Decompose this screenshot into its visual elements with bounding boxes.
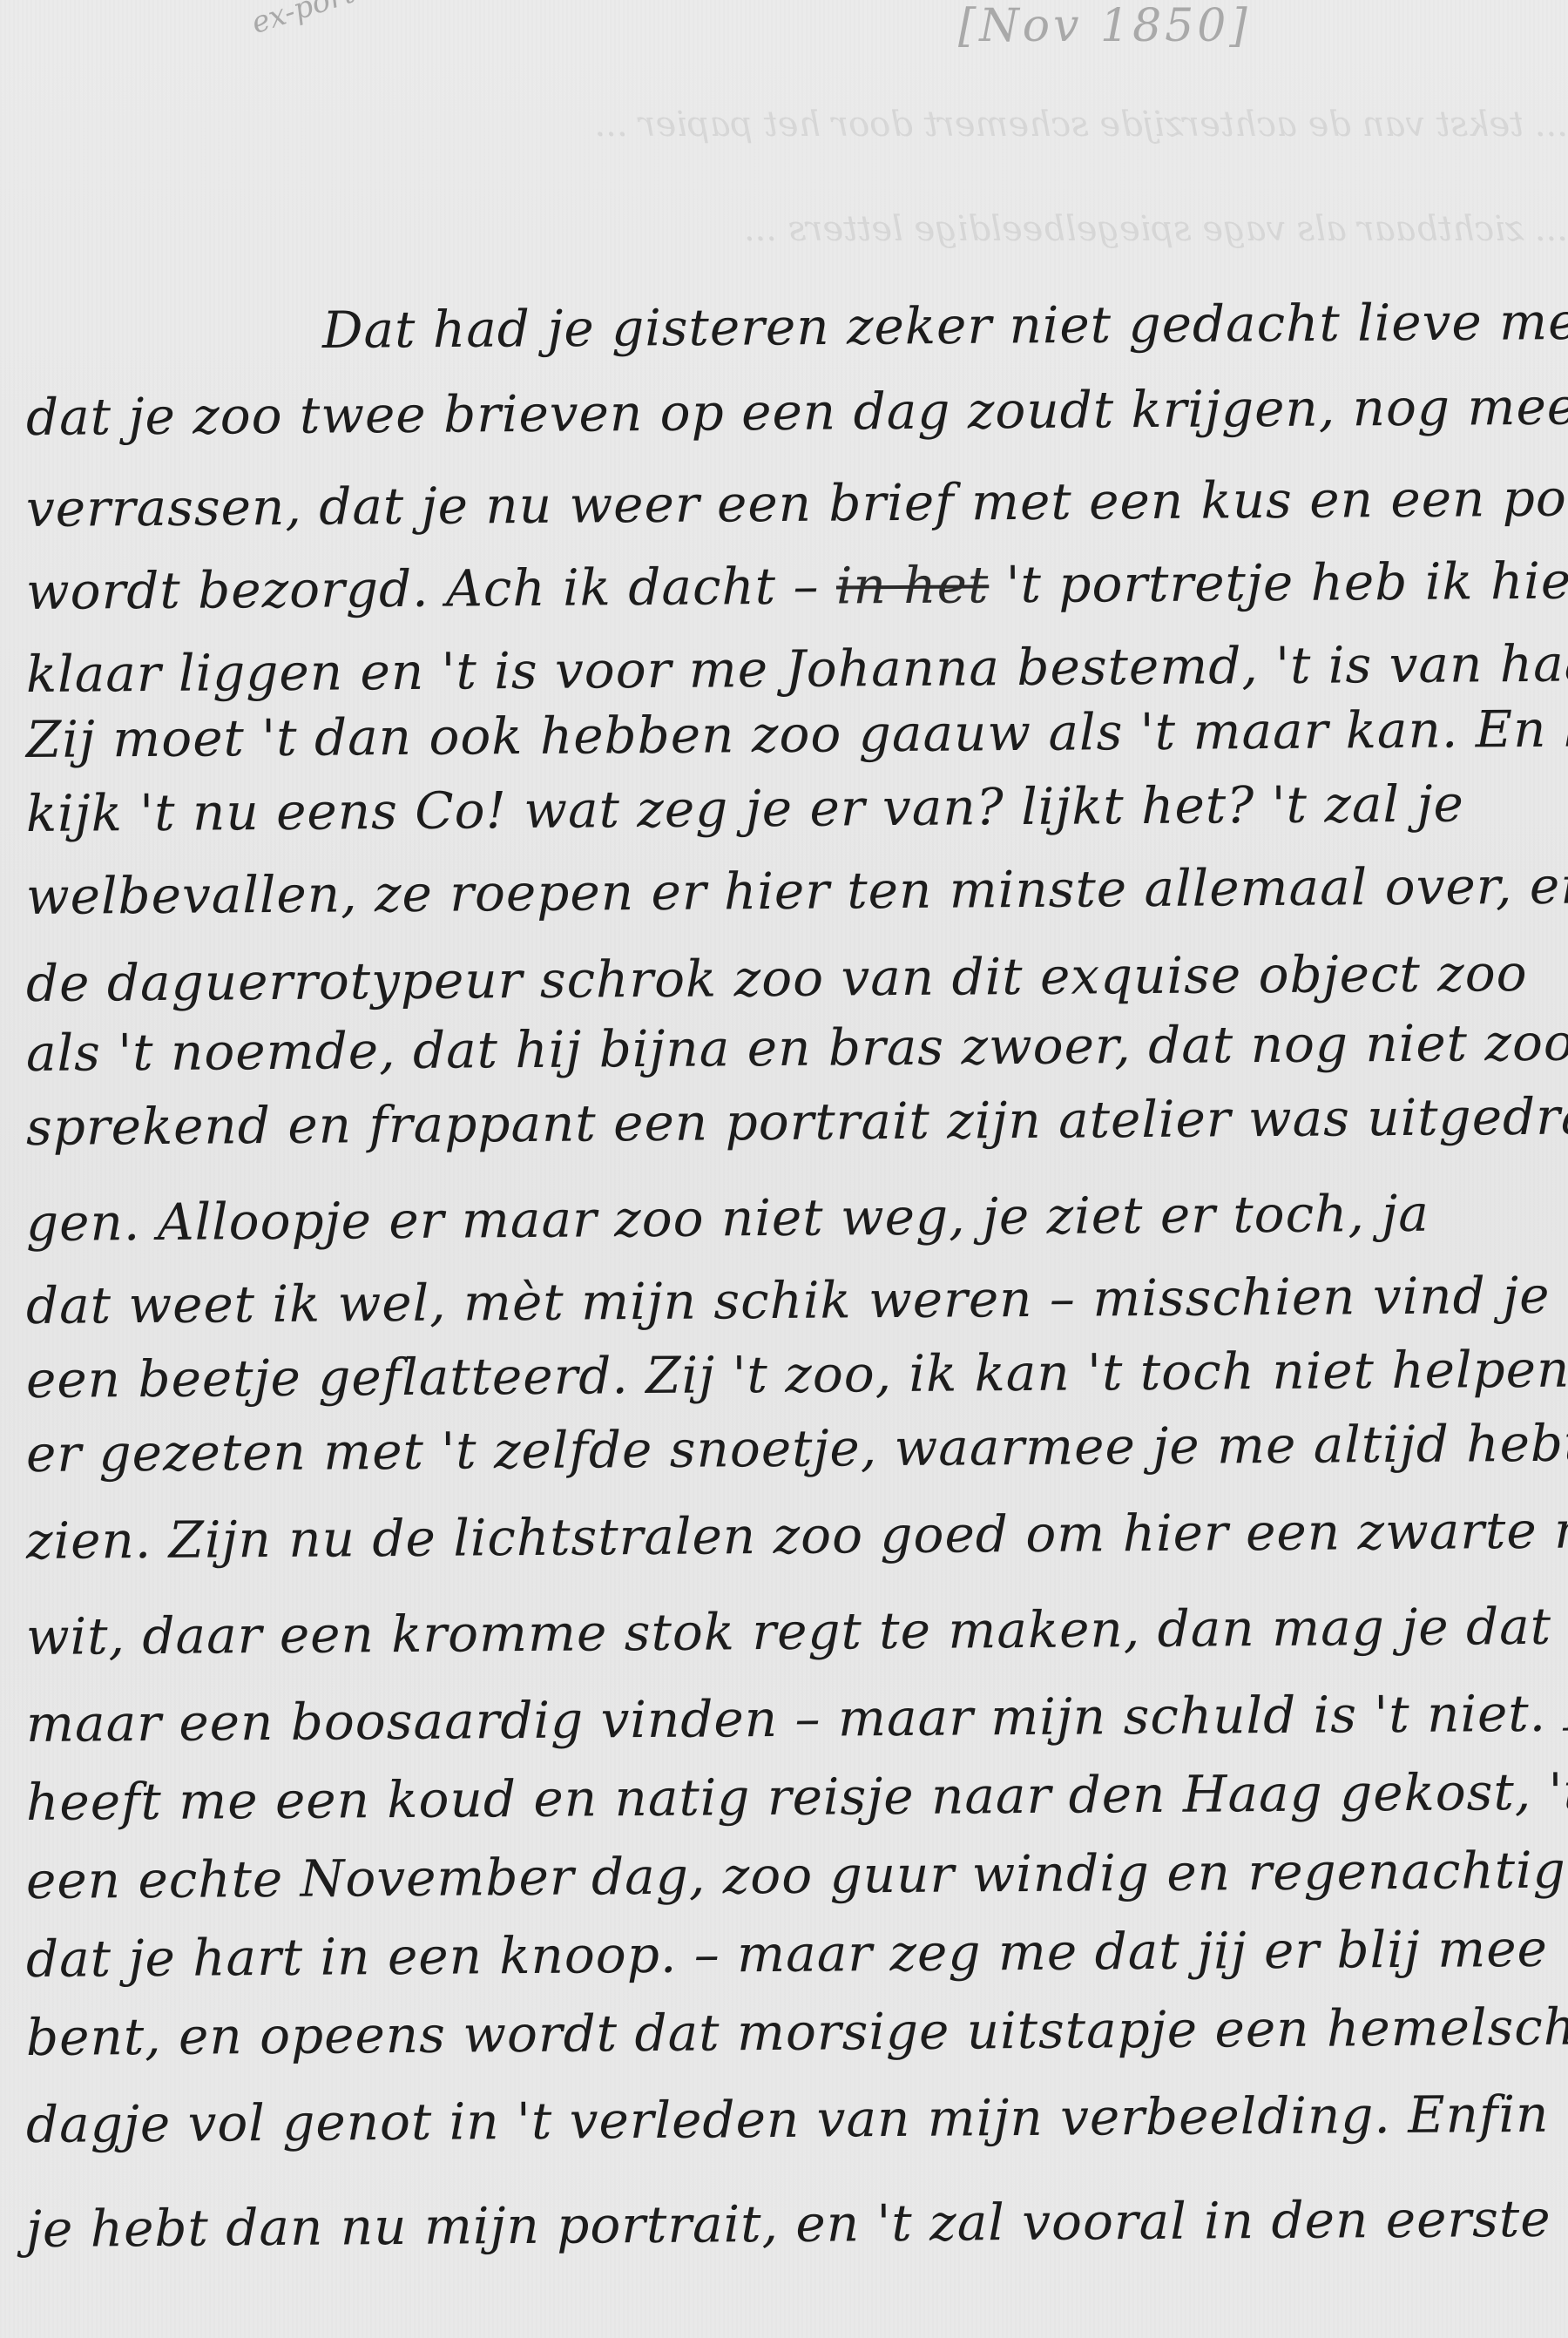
letter-line: maar een boosaardig vinden – maar mijn s…: [26, 1688, 1551, 1749]
letter-line: dat weet ik wel, mèt mijn schik weren – …: [26, 1270, 1551, 1331]
bleed-through-text: ... zichtbaar als vage spiegelbeeldige l…: [0, 209, 1568, 249]
line-text: 't portretje heb ik hier nu toch: [989, 550, 1568, 615]
manuscript-page: ex-portret [Nov 1850] ... tekst van de a…: [0, 0, 1568, 2338]
letter-line: welbevallen, ze roepen er hier ten minst…: [26, 861, 1551, 922]
bleed-through-text: ... tekst van de achterzijde schemert do…: [0, 105, 1568, 145]
letter-line: je hebt dan nu mijn portrait, en 't zal …: [26, 2193, 1551, 2254]
letter-line: kijk 't nu eens Co! wat zeg je er van? l…: [26, 778, 1551, 839]
letter-line: sprekend en frappant een portrait zijn a…: [26, 1091, 1551, 1152]
letter-line: gen. Alloopje er maar zoo niet weg, je z…: [26, 1187, 1551, 1248]
letter-line: als 't noemde, dat hij bijna en bras zwo…: [26, 1017, 1551, 1078]
letter-line: wordt bezorgd. Ach ik dacht – in het 't …: [26, 556, 1551, 617]
letter-line: bent, en opeens wordt dat morsige uitsta…: [26, 2002, 1551, 2063]
letter-line: er gezeten met 't zelfde snoetje, waarme…: [26, 1418, 1551, 1479]
letter-line: een beetje geflatteerd. Zij 't zoo, ik k…: [26, 1344, 1551, 1405]
letter-line: zien. Zijn nu de lichtstralen zoo goed o…: [26, 1505, 1551, 1566]
letter-line: Zij moet 't dan ook hebben zoo gaauw als…: [26, 704, 1551, 765]
letter-line: Dat had je gisteren zeker niet gedacht l…: [322, 296, 1551, 355]
struck-text: in het: [836, 555, 990, 615]
letter-line: klaar liggen en 't is voor me Johanna be…: [26, 639, 1551, 699]
date-annotation: [Nov 1850]: [958, 0, 1251, 52]
letter-line: een echte November dag, zoo guur windig …: [26, 1845, 1551, 1906]
letter-line: wit, daar een kromme stok regt te maken,…: [26, 1601, 1551, 1662]
letter-line: dat je hart in een knoop. – maar zeg me …: [26, 1923, 1551, 1984]
pencil-annotation: ex-portret: [247, 0, 401, 41]
letter-line: verrassen, dat je nu weer een brief met …: [26, 473, 1551, 534]
letter-line: de daguerrotypeur schrok zoo van dit exq…: [26, 948, 1551, 1009]
letter-line: dat je zoo twee brieven op een dag zoudt…: [26, 382, 1551, 443]
line-text: wordt bezorgd. Ach ik dacht –: [26, 557, 836, 621]
letter-line: dagje vol genot in 't verleden van mijn …: [26, 2089, 1551, 2150]
letter-line: heeft me een koud en natig reisje naar d…: [26, 1767, 1551, 1828]
